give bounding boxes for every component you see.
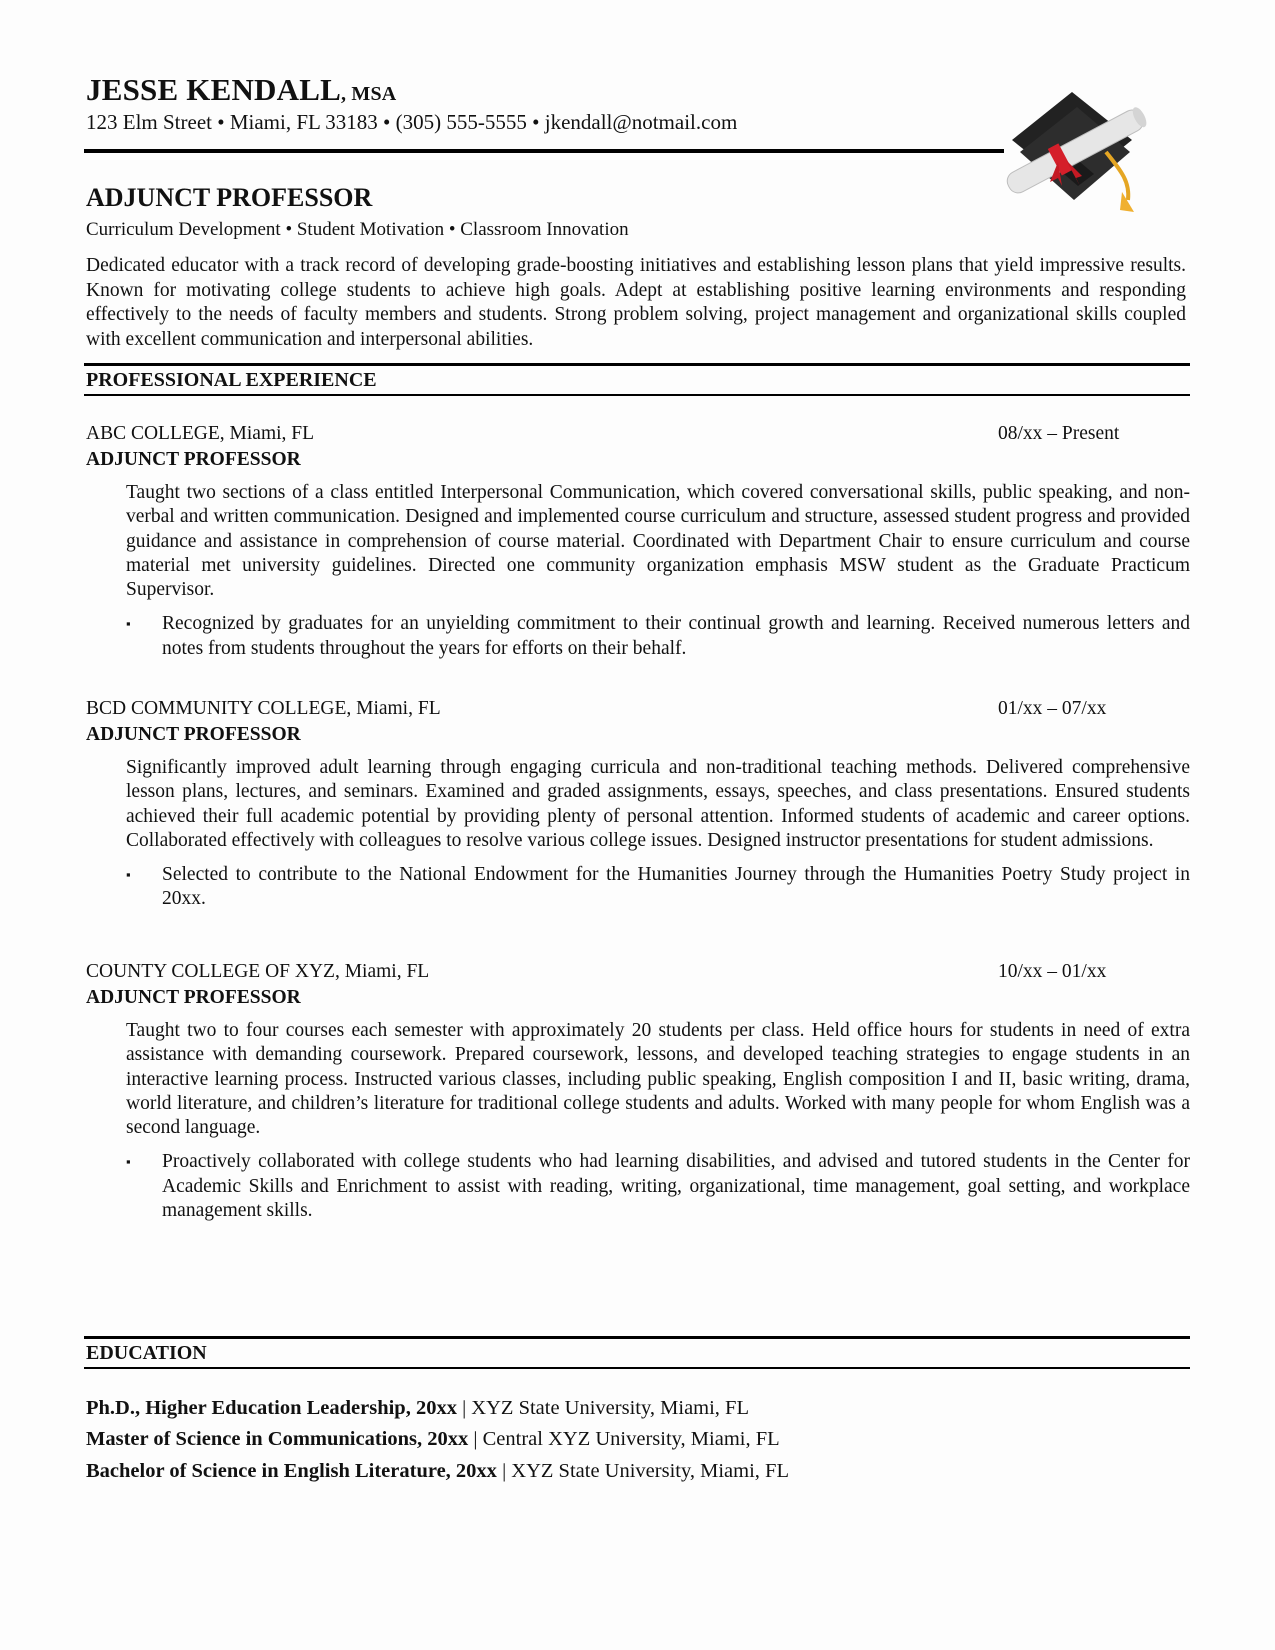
education-divider-top xyxy=(84,1336,1190,1339)
graduation-cap-diploma-icon xyxy=(1002,82,1202,232)
job-bullet: ▪Recognized by graduates for an unyieldi… xyxy=(126,612,1190,661)
job-role: ADJUNCT PROFESSOR xyxy=(86,449,1190,481)
name-text: JESSE KENDALL xyxy=(86,72,341,107)
bullet-icon: ▪ xyxy=(126,612,162,661)
school: | Central XYZ University, Miami, FL xyxy=(468,1428,779,1450)
job-bullet: ▪Proactively collaborated with college s… xyxy=(126,1150,1190,1223)
candidate-name: JESSE KENDALL, MSA xyxy=(86,72,396,108)
header-divider xyxy=(84,149,1004,153)
job-employer: ABC COLLEGE, Miami, FL xyxy=(86,423,314,449)
bullet-icon: ▪ xyxy=(126,863,162,912)
job-dates: 10/xx – 01/xx xyxy=(998,961,1188,987)
credential: , MSA xyxy=(341,83,396,105)
experience-divider-bottom xyxy=(84,394,1190,396)
degree: Bachelor of Science in English Literatur… xyxy=(86,1460,497,1482)
job-description: Taught two to four courses each semester… xyxy=(126,1019,1190,1140)
degree: Ph.D., Higher Education Leadership, 20xx xyxy=(86,1397,457,1419)
job-employer: COUNTY COLLEGE OF XYZ, Miami, FL xyxy=(86,961,429,987)
school: | XYZ State University, Miami, FL xyxy=(457,1397,749,1419)
education-divider-bottom xyxy=(84,1367,1190,1369)
school: | XYZ State University, Miami, FL xyxy=(497,1460,789,1482)
skills-line: Curriculum Development • Student Motivat… xyxy=(86,219,629,241)
experience-heading: PROFESSIONAL EXPERIENCE xyxy=(86,369,377,392)
experience-divider-top xyxy=(84,363,1190,366)
contact-line: 123 Elm Street • Miami, FL 33183 • (305)… xyxy=(86,110,737,135)
job-entry: ABC COLLEGE, Miami, FL08/xx – Present AD… xyxy=(86,423,1190,661)
degree: Master of Science in Communications, 20x… xyxy=(86,1428,468,1450)
profile-title: ADJUNCT PROFESSOR xyxy=(86,183,372,213)
job-role: ADJUNCT PROFESSOR xyxy=(86,987,1190,1019)
job-dates: 01/xx – 07/xx xyxy=(998,698,1188,724)
education-item: Master of Science in Communications, 20x… xyxy=(86,1428,780,1451)
job-entry: COUNTY COLLEGE OF XYZ, Miami, FL10/xx – … xyxy=(86,961,1190,1223)
job-entry: BCD COMMUNITY COLLEGE, Miami, FL01/xx – … xyxy=(86,698,1190,912)
job-description: Significantly improved adult learning th… xyxy=(126,756,1190,853)
job-bullet: ▪Selected to contribute to the National … xyxy=(126,863,1190,912)
job-employer: BCD COMMUNITY COLLEGE, Miami, FL xyxy=(86,698,441,724)
education-item: Bachelor of Science in English Literatur… xyxy=(86,1460,789,1483)
job-description: Taught two sections of a class entitled … xyxy=(126,481,1190,602)
education-item: Ph.D., Higher Education Leadership, 20xx… xyxy=(86,1397,749,1420)
job-dates: 08/xx – Present xyxy=(998,423,1188,449)
summary-paragraph: Dedicated educator with a track record o… xyxy=(86,254,1186,352)
job-role: ADJUNCT PROFESSOR xyxy=(86,724,1190,756)
bullet-icon: ▪ xyxy=(126,1150,162,1223)
education-heading: EDUCATION xyxy=(86,1342,207,1365)
